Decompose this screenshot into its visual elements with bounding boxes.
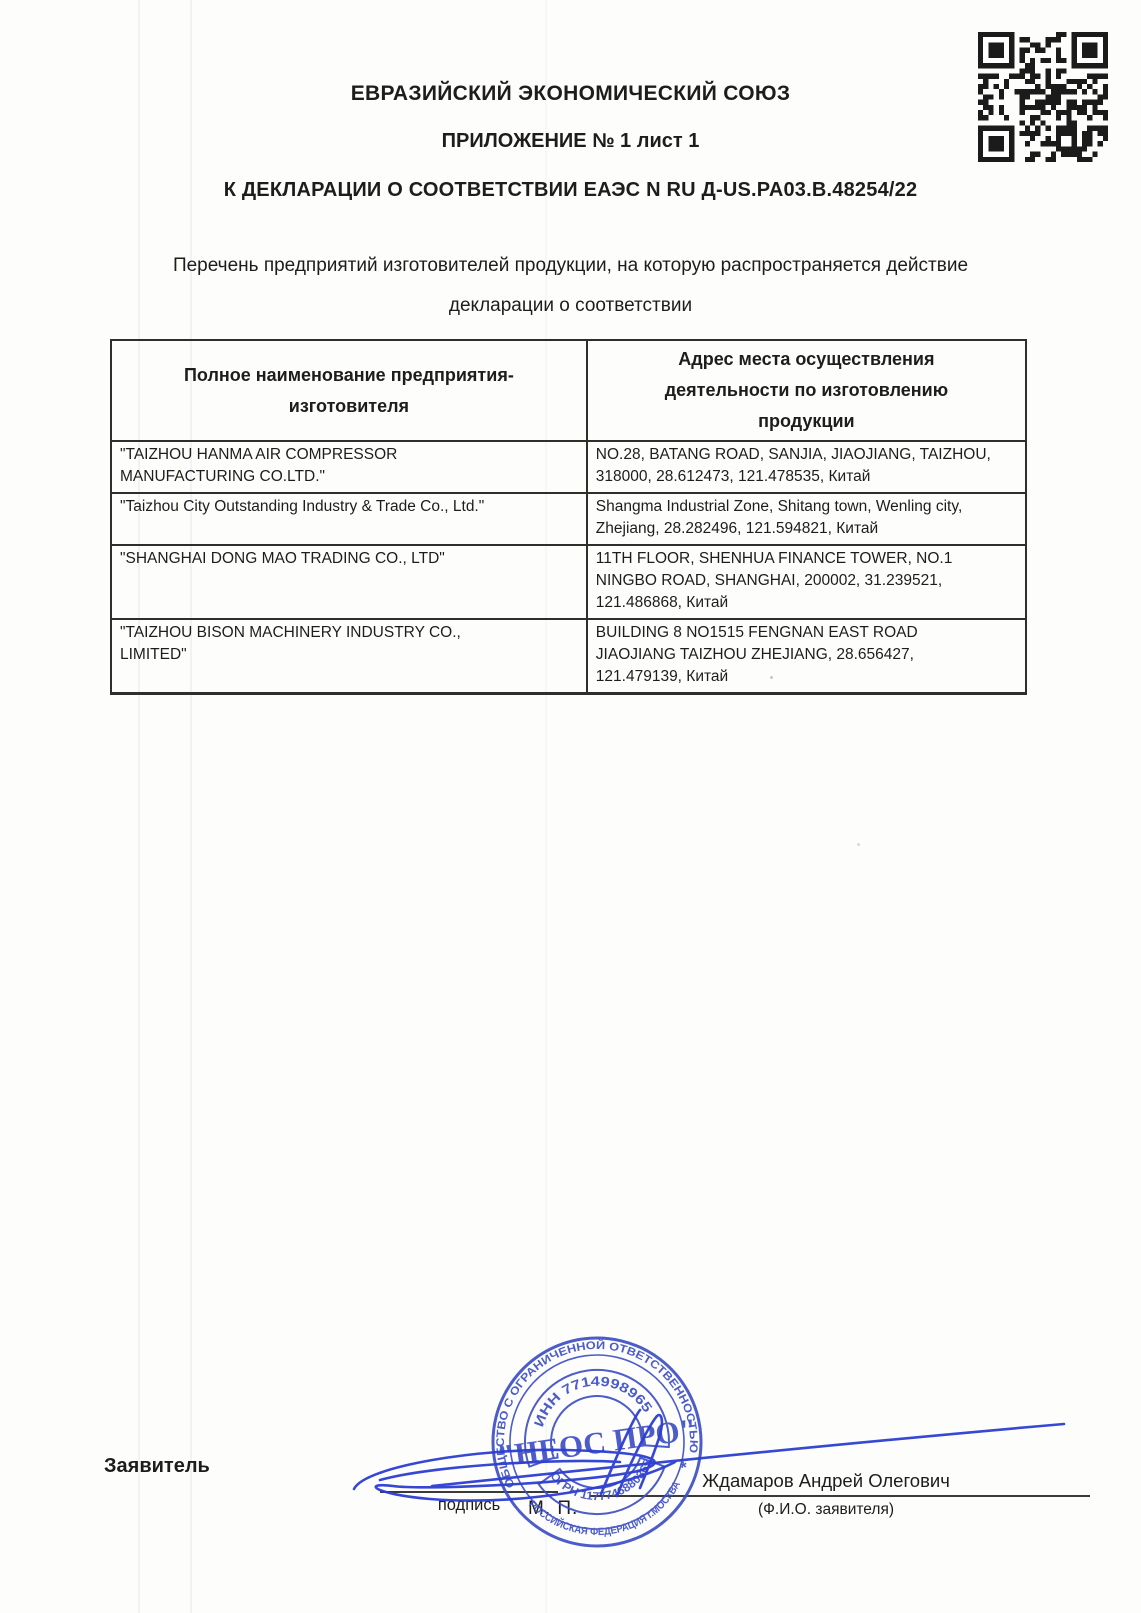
declaration-number-line: К ДЕКЛАРАЦИИ О СООТВЕТСТВИИ ЕАЭС N RU Д-…: [0, 179, 1141, 202]
cell-manufacturer-address: 11TH FLOOR, SHENHUA FINANCE TOWER, NO.1 …: [587, 545, 1026, 619]
column-header-manufacturer: Полное наименование предприятия- изготов…: [111, 340, 587, 441]
applicant-label: Заявитель: [104, 1455, 210, 1478]
cell-manufacturer-name: "Taizhou City Outstanding Industry & Tra…: [111, 493, 587, 545]
scan-speck: [857, 843, 860, 846]
cell-manufacturer-name: "TAIZHOU BISON MACHINERY INDUSTRY CO., L…: [111, 619, 587, 694]
table-header-row: Полное наименование предприятия- изготов…: [111, 340, 1026, 441]
cell-manufacturer-address: BUILDING 8 NO1515 FENGNAN EAST ROAD JIAO…: [587, 619, 1026, 694]
cell-manufacturer-name: "SHANGHAI DONG MAO TRADING CO., LTD": [111, 545, 587, 619]
table-row: "TAIZHOU BISON MACHINERY INDUSTRY CO., L…: [111, 619, 1026, 694]
signature-scribble: [330, 1393, 1075, 1568]
cell-manufacturer-address: Shangma Industrial Zone, Shitang town, W…: [587, 493, 1026, 545]
table-row: "TAIZHOU HANMA AIR COMPRESSOR MANUFACTUR…: [111, 441, 1026, 493]
manufacturers-table: Полное наименование предприятия- изготов…: [110, 339, 1027, 695]
column-header-address: Адрес места осуществления деятельности п…: [587, 340, 1026, 441]
page-title: ЕВРАЗИЙСКИЙ ЭКОНОМИЧЕСКИЙ СОЮЗ: [0, 82, 1141, 106]
document-page: ЕВРАЗИЙСКИЙ ЭКОНОМИЧЕСКИЙ СОЮЗ ПРИЛОЖЕНИ…: [0, 0, 1141, 1613]
cell-manufacturer-name: "TAIZHOU HANMA AIR COMPRESSOR MANUFACTUR…: [111, 441, 587, 493]
intro-text: Перечень предприятий изготовителей проду…: [0, 246, 1141, 326]
table-row: "Taizhou City Outstanding Industry & Tra…: [111, 493, 1026, 545]
document-header: ЕВРАЗИЙСКИЙ ЭКОНОМИЧЕСКИЙ СОЮЗ ПРИЛОЖЕНИ…: [0, 0, 1141, 326]
cell-manufacturer-address: NO.28, BATANG ROAD, SANJIA, JIAOJIANG, T…: [587, 441, 1026, 493]
table-row: "SHANGHAI DONG MAO TRADING CO., LTD" 11T…: [111, 545, 1026, 619]
appendix-subtitle: ПРИЛОЖЕНИЕ № 1 лист 1: [0, 130, 1141, 153]
